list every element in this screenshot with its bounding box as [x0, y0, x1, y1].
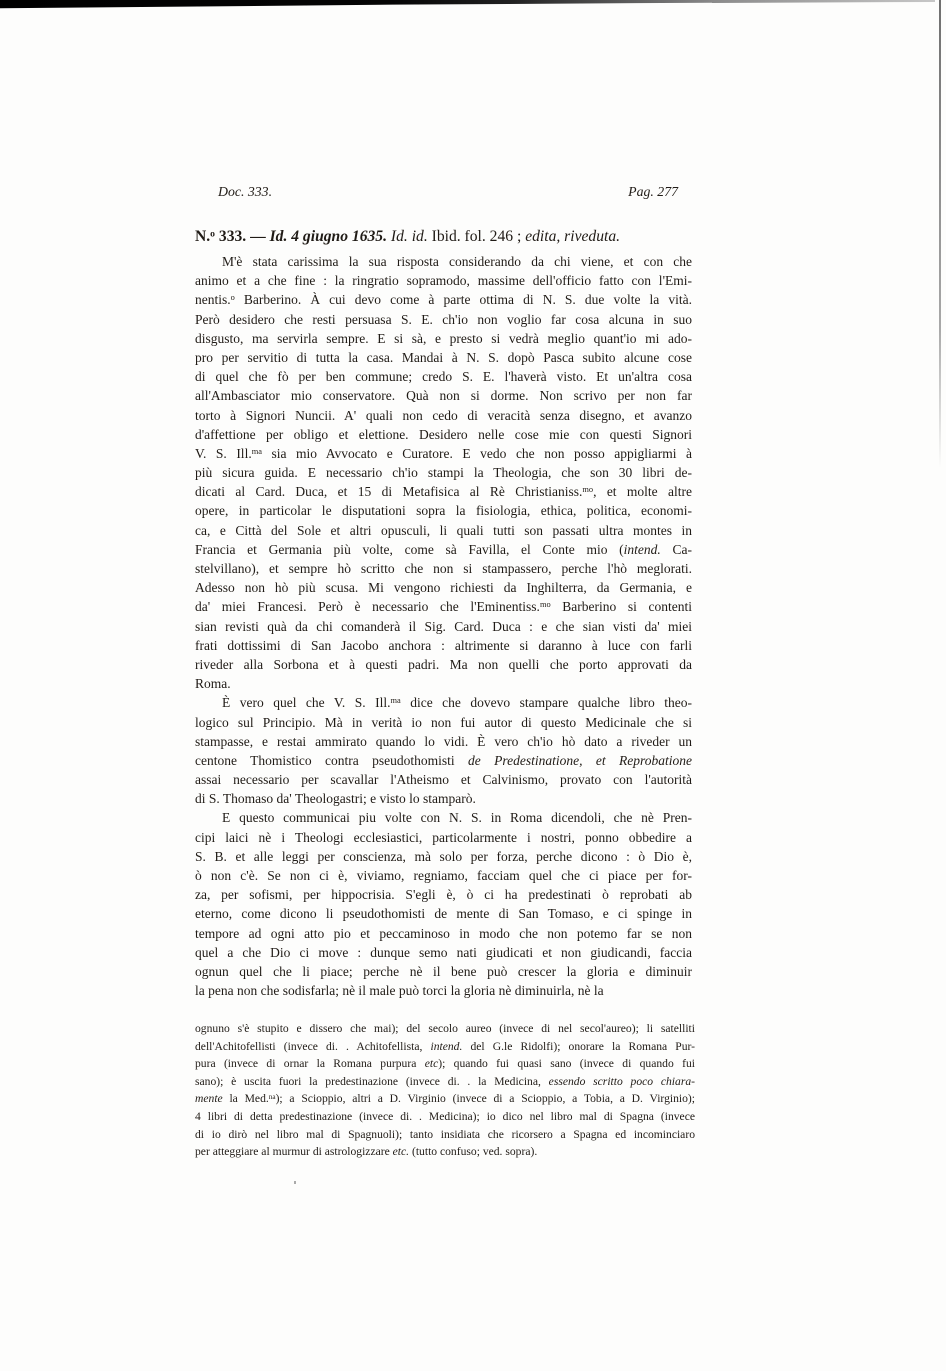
- text-run: assai necessario per scavallar l'Atheism…: [195, 772, 692, 787]
- text-line: pro per servitio di tutta la casa. Manda…: [195, 348, 692, 367]
- text-run: ); quando fui quasi sano (invece di quan…: [438, 1057, 695, 1070]
- text-line: Però desidero che resti persuasa S. E. c…: [195, 310, 692, 329]
- text-line: Adesso non hò più scusa. Mi vengono rich…: [195, 578, 692, 597]
- page-number-label: Pag. 277: [628, 183, 692, 201]
- text-line: all'Ambasciator mio conservatore. Quà no…: [195, 386, 692, 405]
- paragraph: È vero quel che V. S. Ill.ma dice che do…: [195, 693, 692, 808]
- scan-artifact-speck: [294, 1181, 296, 1184]
- text-run: , et molte altre: [593, 484, 692, 499]
- page-header: Doc. 333. Pag. 277: [195, 183, 692, 201]
- text-line: Francia et Germania più volte, come sà F…: [195, 540, 692, 559]
- text-line: cipi laici nè i Theologi ecclesiastici, …: [195, 828, 692, 847]
- text-run: intend.: [430, 1040, 462, 1053]
- text-line: di quel che fò per ben commune; credo S.…: [195, 367, 692, 386]
- text-run: animo et a che fine : la ringratio sopra…: [195, 273, 692, 288]
- text-run: V. S. Ill.: [195, 446, 252, 461]
- text-run: più sicura guida. E necessario ch'io sta…: [195, 465, 692, 480]
- superscript: ma: [391, 697, 401, 706]
- text-run: pura (invece di ornar la Romana purpura: [195, 1057, 425, 1070]
- text-run: all'Ambasciator mio conservatore. Quà no…: [195, 388, 692, 403]
- text-run: ); a Scioppio, altri a D. Virginio (inve…: [276, 1092, 695, 1105]
- text-line: È vero quel che V. S. Ill.ma dice che do…: [195, 693, 692, 712]
- text-run: È vero quel che V. S. Ill.: [222, 695, 391, 710]
- text-run: Francia et Germania più volte, come sà F…: [195, 542, 624, 557]
- text-run: d'affettione per obligo et elettione. De…: [195, 427, 692, 442]
- text-line: pura (invece di ornar la Romana purpura …: [195, 1055, 695, 1073]
- text-run: stelvillano), et sempre hò scritto che n…: [195, 561, 692, 576]
- superscript: mo: [582, 485, 593, 494]
- text-run: del G.le Ridolfi); onorare la Romana Pur…: [462, 1040, 695, 1053]
- text-run: ò non c'è. Se non ci è, viviamo, regniam…: [195, 868, 692, 883]
- text-run: di S. Thomaso da' Theologastri; e visto …: [195, 791, 476, 806]
- text-run: essendo scritto poco chiara-: [549, 1075, 695, 1088]
- document-title: N.o 333. — Id. 4 giugno 1635. Id. id. Ib…: [195, 226, 692, 248]
- text-run: Ca-: [661, 542, 692, 557]
- text-line: d'affettione per obligo et elettione. De…: [195, 425, 692, 444]
- text-run: torto à Signori Nuncii. A' quali non ced…: [195, 408, 692, 423]
- text-run: pro per servitio di tutta la casa. Manda…: [195, 350, 692, 365]
- text-run: intend.: [624, 542, 661, 557]
- doc-number-label: Doc. 333.: [195, 183, 272, 201]
- text-line: V. S. Ill.ma sia mio Avvocato e Curatore…: [195, 444, 692, 463]
- text-run: de Predestinatione, et Reprobatione: [468, 753, 692, 768]
- text-line: di io dirò nel libro mal di Spagnuoli); …: [195, 1126, 695, 1144]
- superscript: mo: [540, 601, 551, 610]
- text-line: di S. Thomaso da' Theologastri; e visto …: [195, 789, 692, 808]
- text-line: dell'Achitofellisti (invece di. . Achito…: [195, 1038, 695, 1056]
- text-line: E questo communicai piu volte con N. S. …: [195, 808, 692, 827]
- paragraph: M'è stata carissima la sua risposta cons…: [195, 252, 692, 693]
- text-line: nentis.o Barberino. À cui devo come à pa…: [195, 290, 692, 309]
- scan-artifact-right-edge: [939, 0, 941, 468]
- text-run: etc.: [393, 1145, 409, 1158]
- text-run: stampasse, e restai ammirato quando lo v…: [195, 734, 692, 749]
- text-run: S. B. et alle leggi per conscienza, mà s…: [195, 849, 692, 864]
- text-run: Adesso non hò più scusa. Mi vengono rich…: [195, 580, 692, 595]
- text-line: stampasse, e restai ammirato quando lo v…: [195, 732, 692, 751]
- text-run: sia mio Avvocato e Curatore. E vedo che …: [262, 446, 692, 461]
- text-run: nentis.: [195, 292, 231, 307]
- text-run: dicati al Card. Duca, et 15 di Metafisic…: [195, 484, 582, 499]
- text-run: da' miei Francesi. Però è necessario che…: [195, 599, 540, 614]
- text-run: za, per sofismi, per hippocrisia. S'egli…: [195, 887, 692, 902]
- superscript: ma: [252, 447, 262, 456]
- text-run: Però desidero che resti persuasa S. E. c…: [195, 312, 692, 327]
- text-run: di io dirò nel libro mal di Spagnuoli); …: [195, 1128, 695, 1141]
- text-line: disgusto, ma servirla sempre. E si sà, e…: [195, 329, 692, 348]
- text-line: assai necessario per scavallar l'Atheism…: [195, 770, 692, 789]
- text-run: M'è stata carissima la sua risposta cons…: [222, 254, 692, 269]
- text-run: frati dottissimi di San Jacobo anchora :…: [195, 638, 692, 653]
- text-run: di quel che fò per ben commune; credo S.…: [195, 369, 692, 384]
- text-run: cipi laici nè i Theologi ecclesiastici, …: [195, 830, 692, 845]
- text-line: ò non c'è. Se non ci è, viviamo, regniam…: [195, 866, 692, 885]
- text-run: mente: [195, 1092, 223, 1105]
- scan-artifact-top-strip-faded: [712, 0, 935, 3]
- text-line: più sicura guida. E necessario ch'io sta…: [195, 463, 692, 482]
- text-line: S. B. et alle leggi per conscienza, mà s…: [195, 847, 692, 866]
- text-line: ca, e Città del Sole et altri opusculi, …: [195, 521, 692, 540]
- text-run: dice che dovevo stampare qualche libro t…: [401, 695, 692, 710]
- scanned-book-page: Doc. 333. Pag. 277 N.o 333. — Id. 4 giug…: [0, 0, 946, 1371]
- text-line: dicati al Card. Duca, et 15 di Metafisic…: [195, 482, 692, 501]
- text-line: ognuno s'è stupito e dissero che mai); d…: [195, 1020, 695, 1038]
- text-run: eterno, come dicono li pseudothomisti de…: [195, 906, 692, 921]
- text-run: centone Thomistico contra pseudothomisti: [195, 753, 468, 768]
- text-run: ognuno s'è stupito e dissero che mai); d…: [195, 1022, 695, 1035]
- text-run: E questo communicai piu volte con N. S. …: [222, 810, 692, 825]
- text-run: (tutto confuso; ved. sopra).: [409, 1145, 537, 1158]
- text-line: frati dottissimi di San Jacobo anchora :…: [195, 636, 692, 655]
- text-run: tempore ad ogni atto pio et peccaminoso …: [195, 926, 692, 941]
- text-run: la pena non che sodisfarla; nè il male p…: [195, 983, 604, 998]
- paragraph: E questo communicai piu volte con N. S. …: [195, 808, 692, 1000]
- text-line: ognun quel che li piace; perche nè il be…: [195, 962, 692, 981]
- footnote-block: ognuno s'è stupito e dissero che mai); d…: [195, 1020, 695, 1161]
- text-run: riveder alla Sorbona et à questi padri. …: [195, 657, 692, 672]
- text-run: Barberino si contenti: [551, 599, 692, 614]
- text-run: quel a che Dio ci move : dunque semo nat…: [195, 945, 692, 960]
- text-run: per atteggiare al murmur di astrologizza…: [195, 1145, 393, 1158]
- text-run: 333. —: [215, 228, 270, 245]
- text-line: sian revisti quà da chi comanderà il Sig…: [195, 617, 692, 636]
- text-line: centone Thomistico contra pseudothomisti…: [195, 751, 692, 770]
- text-run: N.: [195, 228, 210, 245]
- text-run: la Med.: [223, 1092, 269, 1105]
- text-line: za, per sofismi, per hippocrisia. S'egli…: [195, 885, 692, 904]
- text-run: Barberino. À cui devo come à parte ottim…: [235, 292, 692, 307]
- text-line: mente la Med.na); a Scioppio, altri a D.…: [195, 1090, 695, 1108]
- text-run: Id. 4 giugno 1635.: [270, 228, 387, 245]
- text-line: la pena non che sodisfarla; nè il male p…: [195, 981, 692, 1000]
- text-run: opere, in particolar le disputationi sop…: [195, 503, 692, 518]
- text-run: Ibid. fol. 246 ;: [428, 228, 525, 245]
- text-run: dell'Achitofellisti (invece di. . Achito…: [195, 1040, 430, 1053]
- text-run: sian revisti quà da chi comanderà il Sig…: [195, 619, 692, 634]
- text-line: eterno, come dicono li pseudothomisti de…: [195, 904, 692, 923]
- text-run: Id. id.: [391, 228, 428, 245]
- text-line: 4 libri di detta predestinazione (invece…: [195, 1108, 695, 1126]
- letter-body: M'è stata carissima la sua risposta cons…: [195, 252, 692, 1000]
- text-line: per atteggiare al murmur di astrologizza…: [195, 1143, 695, 1161]
- text-run: etc: [425, 1057, 439, 1070]
- text-line: logico sul Principio. Mà in verità io no…: [195, 713, 692, 732]
- text-line: sano); è uscita fuori la predestinazione…: [195, 1073, 695, 1091]
- text-run: sano); è uscita fuori la predestinazione…: [195, 1075, 549, 1088]
- text-run: logico sul Principio. Mà in verità io no…: [195, 715, 692, 730]
- text-line: M'è stata carissima la sua risposta cons…: [195, 252, 692, 271]
- text-line: tempore ad ogni atto pio et peccaminoso …: [195, 924, 692, 943]
- scan-artifact-top-strip: [0, 0, 714, 9]
- text-run: 4 libri di detta predestinazione (invece…: [195, 1110, 695, 1123]
- superscript: na: [269, 1093, 276, 1101]
- text-line: Roma.: [195, 674, 692, 693]
- text-line: quel a che Dio ci move : dunque semo nat…: [195, 943, 692, 962]
- text-line: torto à Signori Nuncii. A' quali non ced…: [195, 406, 692, 425]
- text-line: stelvillano), et sempre hò scritto che n…: [195, 559, 692, 578]
- text-run: Roma.: [195, 676, 231, 691]
- text-line: opere, in particolar le disputationi sop…: [195, 501, 692, 520]
- text-line: riveder alla Sorbona et à questi padri. …: [195, 655, 692, 674]
- text-line: animo et a che fine : la ringratio sopra…: [195, 271, 692, 290]
- text-run: ognun quel che li piace; perche nè il be…: [195, 964, 692, 979]
- text-run: ca, e Città del Sole et altri opusculi, …: [195, 523, 692, 538]
- text-run: edita, riveduta.: [525, 228, 620, 245]
- text-line: da' miei Francesi. Però è necessario che…: [195, 597, 692, 616]
- text-run: disgusto, ma servirla sempre. E si sà, e…: [195, 331, 692, 346]
